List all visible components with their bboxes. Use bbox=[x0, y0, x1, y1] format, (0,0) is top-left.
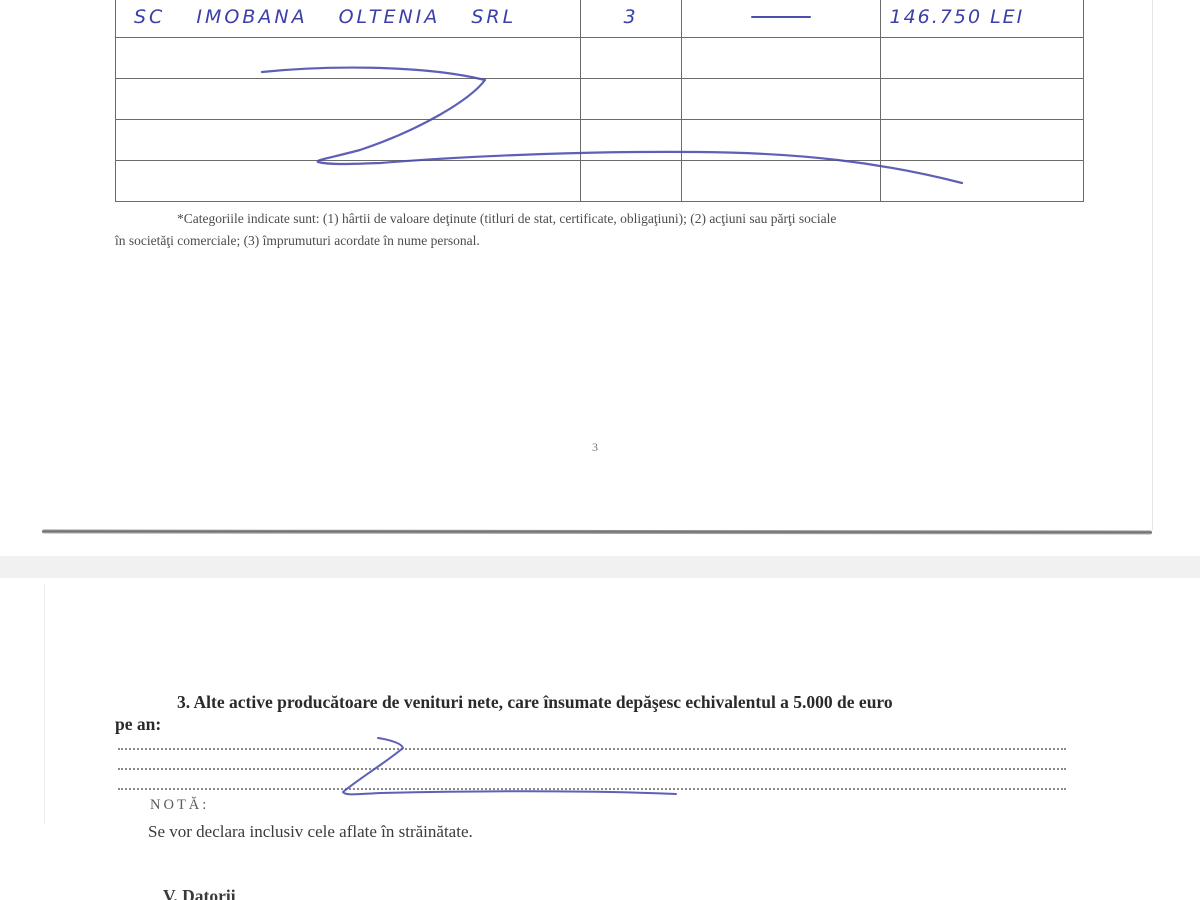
categories-footnote: *Categoriile indicate sunt: (1) hârtii d… bbox=[115, 208, 1090, 252]
empty-cell bbox=[116, 120, 581, 161]
document-page-3: SC IMOBANA OLTENIA SRL 3 146.750 LEI bbox=[0, 0, 1200, 556]
category-cell: 3 bbox=[581, 0, 681, 38]
nota-text: Se vor declara inclusiv cele aflate în s… bbox=[148, 822, 473, 842]
handwritten-dash bbox=[751, 16, 811, 18]
table-row bbox=[116, 79, 1084, 120]
empty-cell bbox=[681, 120, 881, 161]
empty-cell bbox=[681, 79, 881, 120]
section-3-title: 3. Alte active producătoare de venituri … bbox=[115, 691, 1095, 713]
empty-cell bbox=[881, 161, 1084, 202]
empty-cell bbox=[881, 38, 1084, 79]
table-row bbox=[116, 120, 1084, 161]
footnote-line-2: în societăţi comerciale; (3) împrumuturi… bbox=[115, 230, 1090, 252]
empty-cell bbox=[116, 79, 581, 120]
document-page-4: 3. Alte active producătoare de venituri … bbox=[0, 578, 1200, 900]
table-row bbox=[116, 38, 1084, 79]
empty-cell bbox=[581, 161, 681, 202]
handwritten-value: 146.750 LEI bbox=[881, 6, 1024, 28]
section-3-title-cont: pe an: bbox=[115, 713, 1095, 735]
empty-cell bbox=[116, 161, 581, 202]
empty-cell bbox=[881, 79, 1084, 120]
page-edge bbox=[44, 584, 45, 824]
page-separator bbox=[0, 556, 1200, 578]
table-row: SC IMOBANA OLTENIA SRL 3 146.750 LEI bbox=[116, 0, 1084, 38]
section-5-heading: V. Datorii bbox=[163, 886, 236, 900]
empty-cell bbox=[681, 38, 881, 79]
table-row bbox=[116, 161, 1084, 202]
assets-table: SC IMOBANA OLTENIA SRL 3 146.750 LEI bbox=[115, 0, 1084, 202]
dotted-fill-line bbox=[118, 748, 1066, 750]
page-number: 3 bbox=[592, 440, 598, 455]
nota-label: NOTĂ: bbox=[150, 797, 209, 814]
section-3-heading: 3. Alte active producătoare de venituri … bbox=[115, 691, 1095, 735]
pdf-viewer[interactable]: SC IMOBANA OLTENIA SRL 3 146.750 LEI bbox=[0, 0, 1200, 900]
value-cell: 146.750 LEI bbox=[881, 0, 1084, 38]
handwritten-category: 3 bbox=[624, 6, 639, 28]
page-bottom-edge bbox=[42, 530, 1152, 535]
empty-cell bbox=[581, 38, 681, 79]
empty-cell bbox=[116, 38, 581, 79]
page-edge bbox=[1152, 0, 1153, 530]
empty-cell bbox=[881, 120, 1084, 161]
handwritten-issuer: SC IMOBANA OLTENIA SRL bbox=[116, 6, 516, 28]
empty-cell bbox=[581, 120, 681, 161]
issuer-cell: SC IMOBANA OLTENIA SRL bbox=[116, 0, 581, 38]
empty-cell bbox=[581, 79, 681, 120]
dotted-fill-line bbox=[118, 788, 1066, 790]
dotted-fill-line bbox=[118, 768, 1066, 770]
footnote-line-1: *Categoriile indicate sunt: (1) hârtii d… bbox=[115, 208, 1090, 230]
empty-cell bbox=[681, 161, 881, 202]
quantity-cell bbox=[681, 0, 881, 38]
